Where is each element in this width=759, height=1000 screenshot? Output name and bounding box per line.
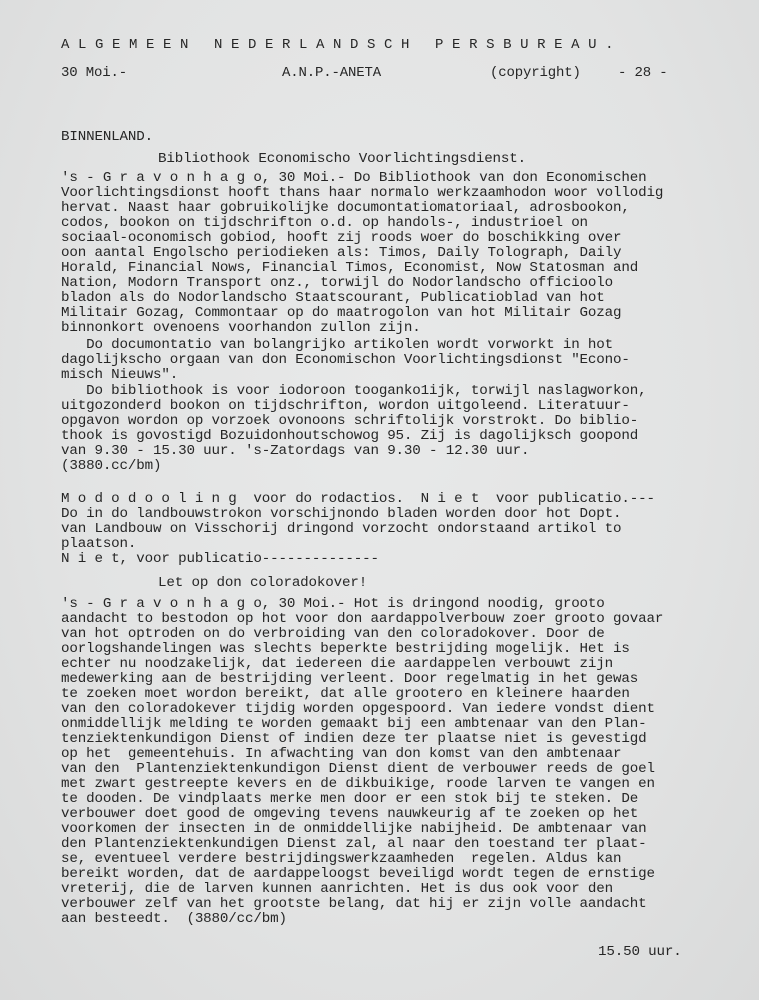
article2-line: aandacht to bestodon op hot voor don aar… xyxy=(61,612,663,627)
header-copyright: (copyright) xyxy=(490,66,581,81)
article2-line: verbouwer doet good de omgeving tevens n… xyxy=(61,807,638,822)
article2-line: voorkomen der insecten in de onmiddellij… xyxy=(61,822,646,837)
article2-line: met zwart gestreepte kevers en de dikbui… xyxy=(61,777,655,792)
article2-line: tenziektenkundigon Dienst of indien deze… xyxy=(61,732,646,747)
article1-line: binnonkort ovenoens voorhandon zullon zi… xyxy=(61,321,421,336)
article1-line: opgavon wordon op vorzoek ovonoons schri… xyxy=(61,414,638,429)
header-date: 30 Moi.- xyxy=(61,66,127,81)
article2-line: den Plantenziektenkundigen Dienst zal, a… xyxy=(61,837,646,852)
article1-line: Do bibliothook is voor iodoroon tooganko… xyxy=(61,384,646,399)
article2-line: op het gemeentehuis. In afwachting van d… xyxy=(61,747,621,762)
article2-reference: aan besteedt. (3880/cc/bm) xyxy=(61,912,287,927)
article2-title: Let op don coloradokover! xyxy=(158,576,367,591)
article2-line: oorlogshandelingen was slechts beperkte … xyxy=(61,642,630,657)
article1-line: bladon als do Nodorlandscho Staatscouran… xyxy=(61,291,605,306)
article1-line: Do documontatio van bolangrijko artikole… xyxy=(61,338,613,353)
article1-line: thook is govostigd Bozuidonhoutschowog 9… xyxy=(61,429,638,444)
article2-line: echter nu noodzakelijk, dat iedereen die… xyxy=(61,657,613,672)
section-label: BINNENLAND. xyxy=(61,130,153,145)
article2-line: van den Plantenziektenkundigon Dienst di… xyxy=(61,762,655,777)
scanned-document-page: A L G E M E E N N E D E R L A N D S C H … xyxy=(0,0,759,1000)
notice-line: M o d o d o o l i n g voor do rodactios.… xyxy=(61,492,655,507)
header-agency: A.N.P.-ANETA xyxy=(282,66,381,81)
article1-line: codos, bookon on tijdschrifton o.d. op h… xyxy=(61,216,588,231)
footer-time: 15.50 uur. xyxy=(598,945,682,960)
article1-line: Nation, Modorn Transport onz., torwijl d… xyxy=(61,276,613,291)
article2-line: bereikt worden, dat de aardappeloogst be… xyxy=(61,867,655,882)
article1-line: 's - G r a v o n h a g o, 30 Moi.- Do Bi… xyxy=(61,171,646,186)
article2-line: se, eventueel verdere bestrijdingswerkza… xyxy=(61,852,621,867)
article2-line: van den coloradokever tijdig worden opge… xyxy=(61,702,655,717)
article1-title: Bibliothook Economischo Voorlichtingsdie… xyxy=(158,152,526,167)
article2-line: te zoeken moet wordon bereikt, dat alle … xyxy=(61,687,630,702)
article1-line: van 9.30 - 15.30 uur. 's-Zatordags van 9… xyxy=(61,444,529,459)
article1-line: dagolijkscho orgaan van don Economischon… xyxy=(61,353,630,368)
notice-line: Do in do landbouwstrokon vorschijnondo b… xyxy=(61,507,621,522)
article1-line: oon aantal Engolscho periodieken als: Ti… xyxy=(61,246,621,261)
article2-line: vreterij, die de larven kunnen aanrichte… xyxy=(61,882,613,897)
masthead-title: A L G E M E E N N E D E R L A N D S C H … xyxy=(61,38,614,53)
article1-line: uitgozonderd bookon on tijdschrifton, wo… xyxy=(61,399,630,414)
article1-line: Horald, Financial Nows, Financial Timos,… xyxy=(61,261,638,276)
article1-reference: (3880.cc/bm) xyxy=(61,459,161,474)
notice-line: van Landbouw on Visschorij dringond vorz… xyxy=(61,522,621,537)
article1-line: hervat. Naast haar gobruikolijke documon… xyxy=(61,201,630,216)
article1-line: sociaal-oconomisch gobiod, hooft zij roo… xyxy=(61,231,621,246)
notice-line: N i e t, voor publicatio-------------- xyxy=(61,552,379,567)
article1-line: Militair Gozag, Commontaar op do maatrog… xyxy=(61,306,621,321)
article2-line: te dooden. De vindplaats merke men door … xyxy=(61,792,638,807)
article1-line: misch Nieuws". xyxy=(61,368,178,383)
article1-line: Voorlichtingsdionst hooft thans haar nor… xyxy=(61,186,663,201)
article2-line: verbouwer zelf van het grootste belang, … xyxy=(61,897,646,912)
article2-line: 's - G r a v o n h a g o, 30 Moi.- Hot i… xyxy=(61,597,605,612)
header-page-number: - 28 - xyxy=(618,66,668,81)
article2-line: onmiddellijk melding te worden gemaakt b… xyxy=(61,717,646,732)
article2-line: medewerking aan de bestrijding verleent.… xyxy=(61,672,638,687)
article2-line: van hot optroden on do verbroiding van d… xyxy=(61,627,605,642)
notice-line: plaatson. xyxy=(61,537,136,552)
